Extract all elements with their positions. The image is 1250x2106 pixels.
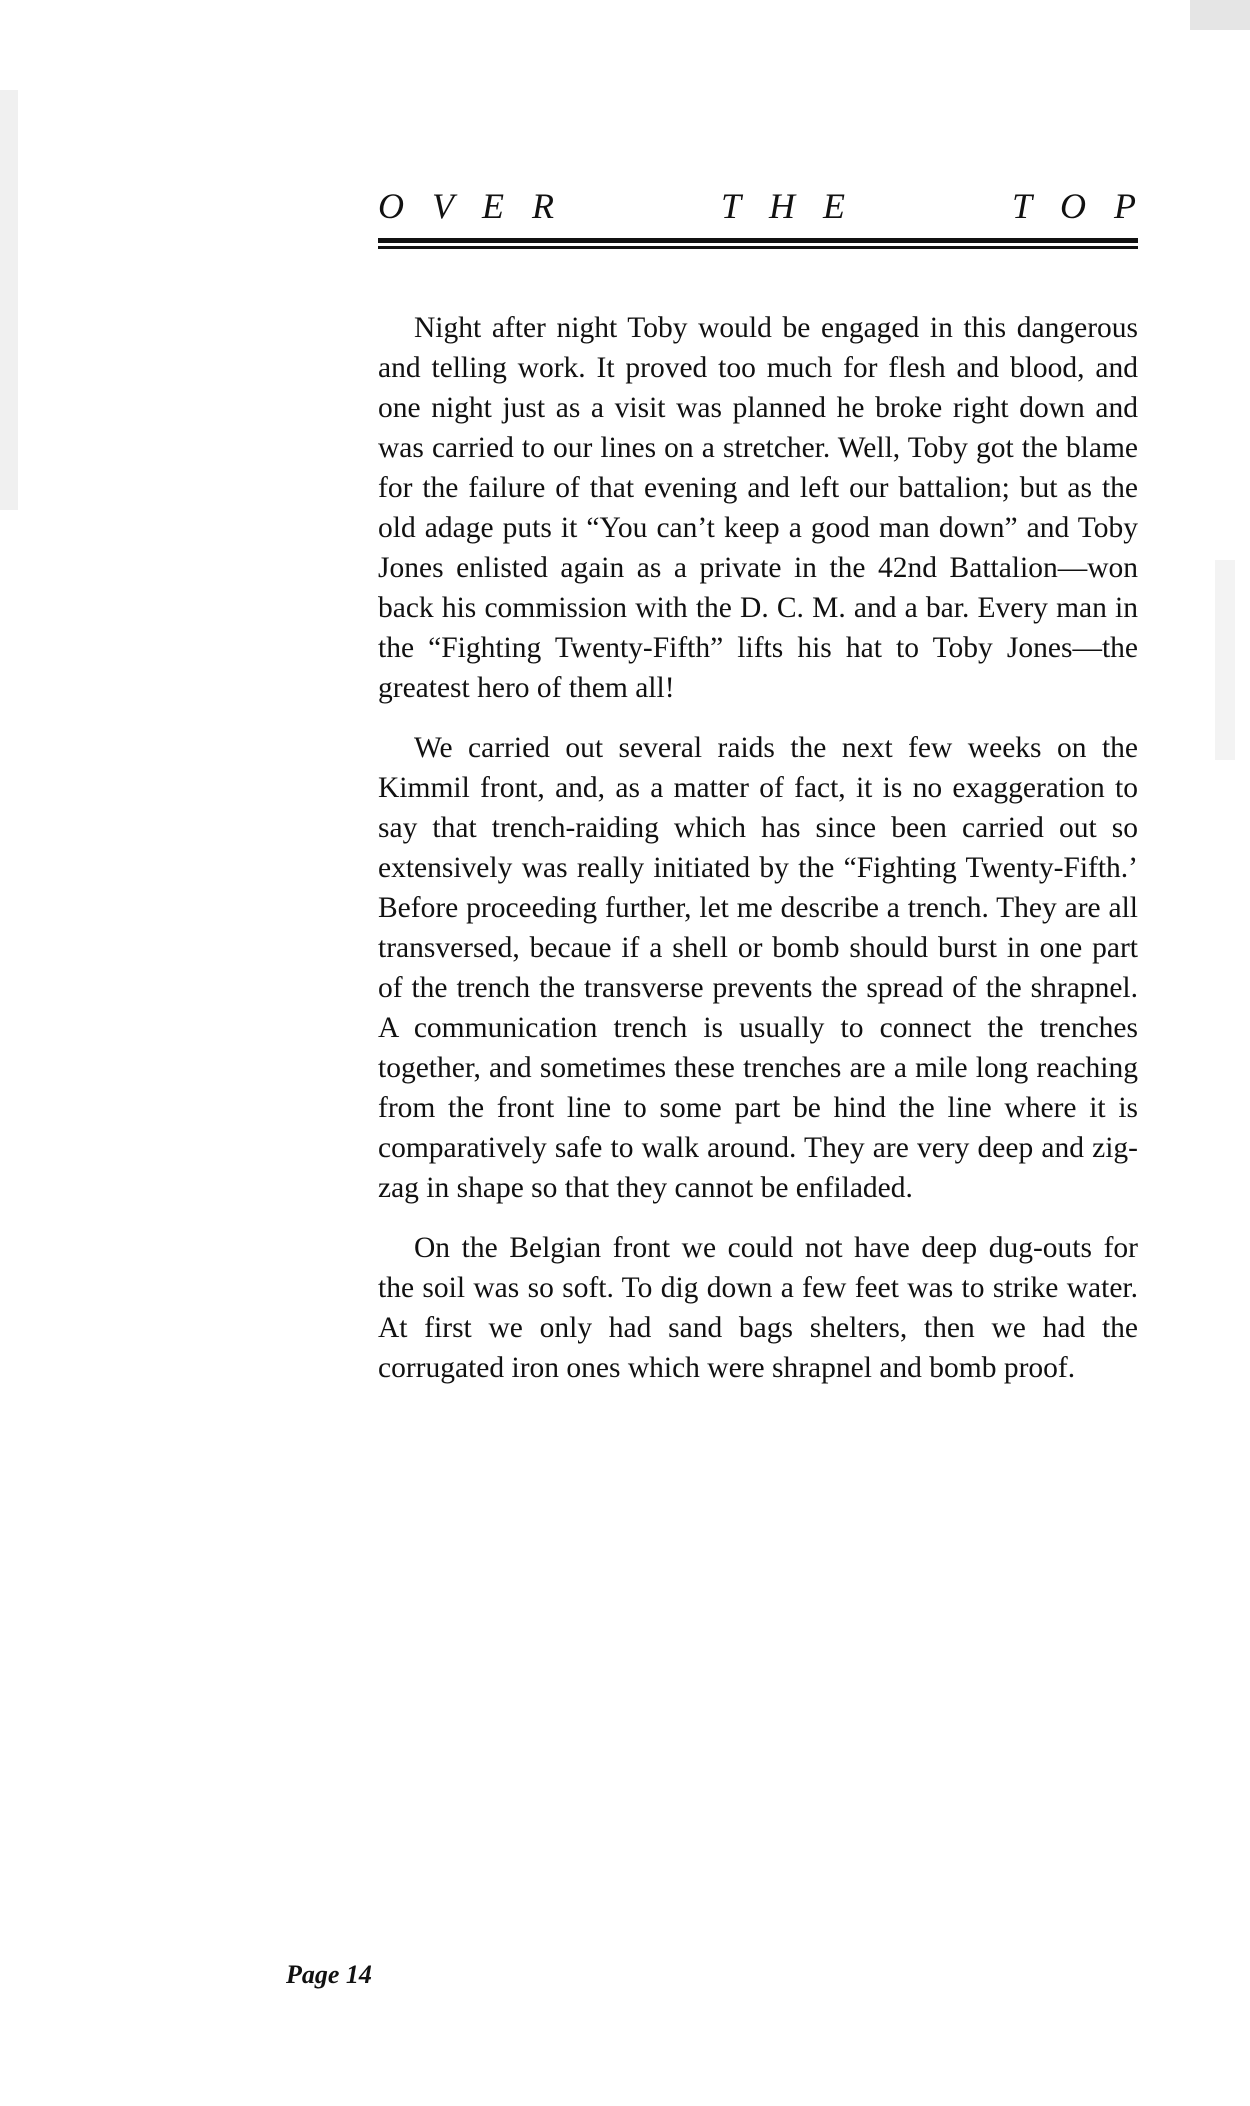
header-letter: E	[823, 185, 847, 227]
header-word-over: O V E R	[378, 185, 556, 227]
header-word-the: T H E	[721, 185, 847, 227]
scan-edge-noise	[1190, 0, 1250, 30]
header-word-top: T O P	[1012, 185, 1138, 227]
header-letter: R	[532, 185, 556, 227]
paragraph: On the Belgian front we could not have d…	[378, 1228, 1138, 1388]
header-letter: H	[769, 185, 797, 227]
page-number: Page 14	[286, 1960, 372, 1990]
header-letter: O	[378, 185, 406, 227]
header-letter: E	[482, 185, 506, 227]
header-letter: T	[721, 185, 743, 227]
scan-edge-noise	[0, 90, 18, 510]
paragraph: Night after night Toby would be engaged …	[378, 308, 1138, 708]
paragraph: We carried out several raids the next fe…	[378, 728, 1138, 1208]
header-letter: T	[1012, 185, 1034, 227]
running-header: O V E R T H E T O P	[378, 186, 1138, 226]
header-rule-thick	[378, 238, 1138, 243]
scan-edge-noise	[1215, 560, 1235, 760]
page-body: Night after night Toby would be engaged …	[378, 308, 1138, 1408]
header-letter: V	[432, 185, 456, 227]
header-letter: P	[1114, 185, 1138, 227]
header-letter: O	[1060, 185, 1088, 227]
header-rule-thin	[378, 246, 1138, 249]
